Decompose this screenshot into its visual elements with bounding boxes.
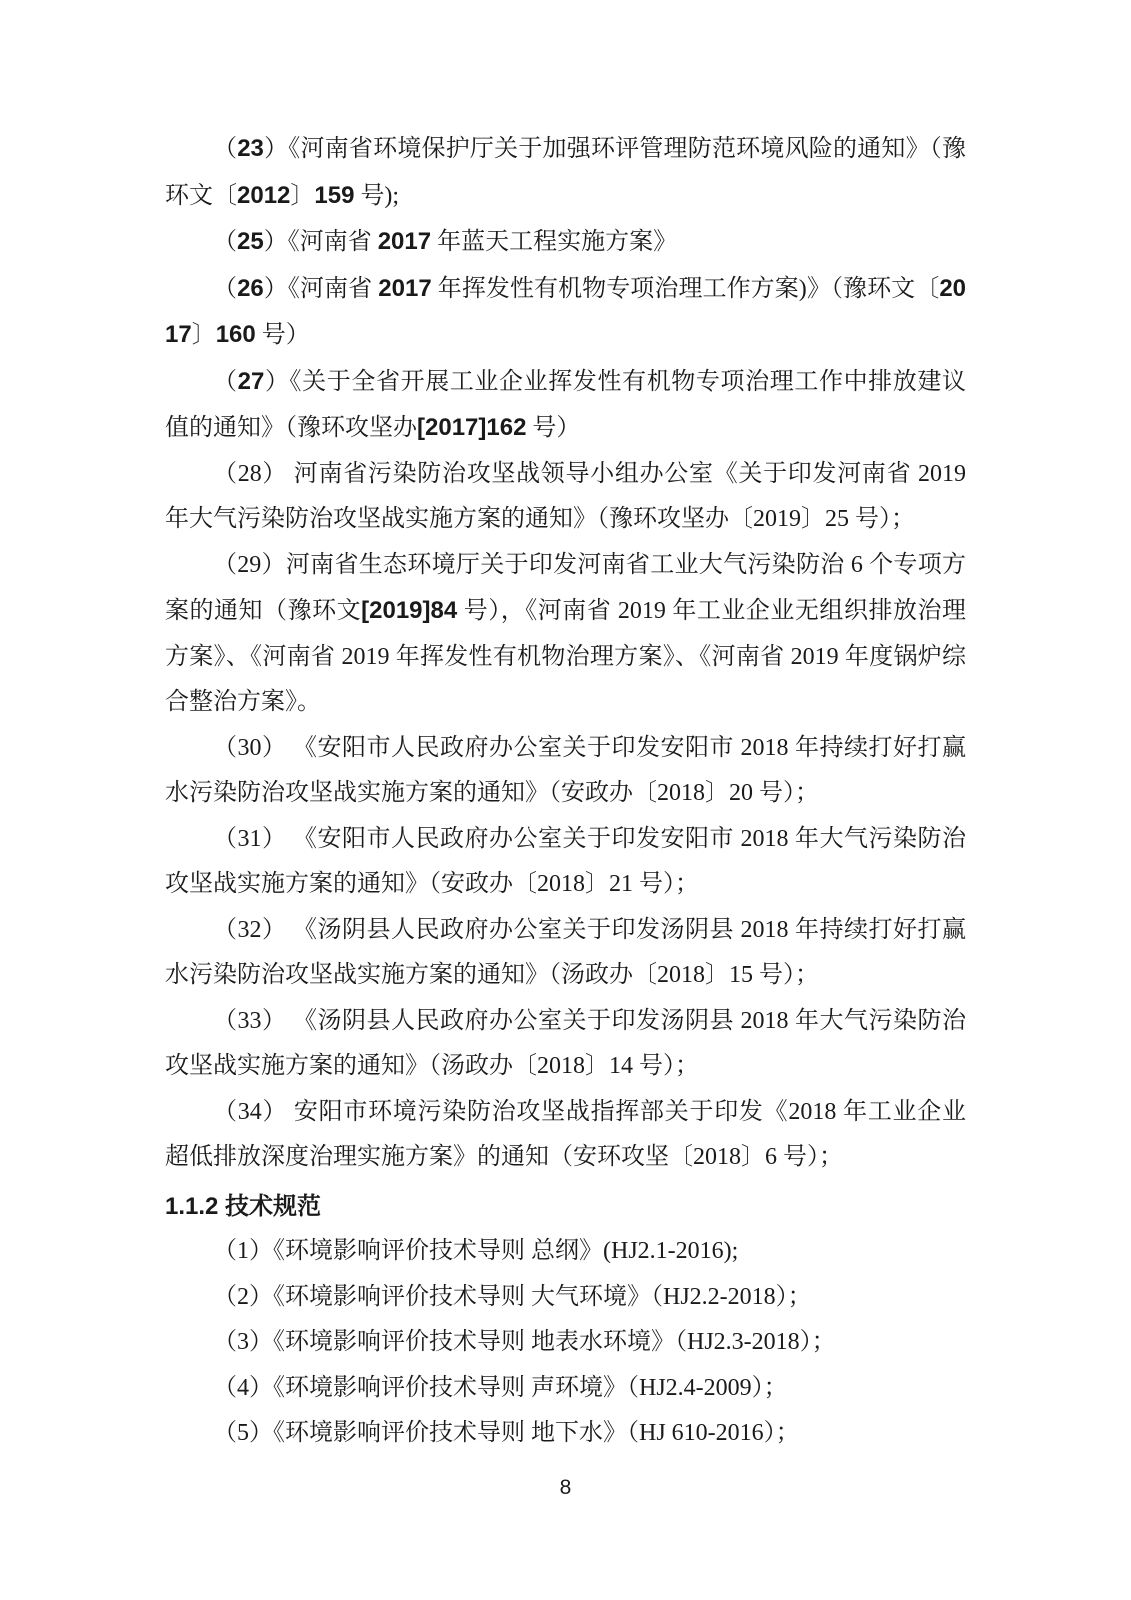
body-paragraph: （29）河南省生态环境厅关于印发河南省工业大气污染防治 6 个专项方案的通知（豫… [165,543,966,726]
text-run: （33） 《汤阴县人民政府办公室关于印发汤阴县 2018 年大气污染防治攻坚战实… [165,1008,966,1080]
text-run: （32） 《汤阴县人民政府办公室关于印发汤阴县 2018 年持续打好打赢水污染防… [165,917,966,989]
page-footer: 8 [0,1476,1131,1500]
emphasized-number-run: 159 [314,182,354,209]
body-paragraph: （2）《环境影响评价技术导则 大气环境》（HJ2.2-2018）； [165,1275,966,1321]
emphasized-number-run: 技术规范 [225,1193,321,1220]
body-paragraph: （28） 河南省污染防治攻坚战领导小组办公室《关于印发河南省 2019 年大气污… [165,452,966,543]
emphasized-number-run: 23 [237,135,264,162]
emphasized-number-run: 2017 [378,275,431,302]
text-run: （34） 安阳市环境污染防治攻坚战指挥部关于印发《2018 年工业企业超低排放深… [165,1099,966,1171]
text-run: （5）《环境影响评价技术导则 地下水》（HJ 610-2016）； [213,1420,800,1446]
body-paragraph: （27）《关于全省开展工业企业挥发性有机物专项治理工作中排放建议值的通知》（豫环… [165,359,966,452]
text-run: （ [213,276,237,302]
emphasized-number-run: 2017 [378,228,431,255]
body-paragraph: （1）《环境影响评价技术导则 总纲》(HJ2.1-2016); [165,1229,966,1275]
text-run: （28） 河南省污染防治攻坚战领导小组办公室《关于印发河南省 2019 年大气污… [165,461,966,533]
body-paragraph: （34） 安阳市环境污染防治攻坚战指挥部关于印发《2018 年工业企业超低排放深… [165,1090,966,1181]
document-body: （23）《河南省环境保护厅关于加强环评管理防范环境风险的通知》（豫环文〔2012… [165,126,966,1457]
text-run: （ [213,369,238,395]
emphasized-number-run: 26 [237,275,264,302]
body-paragraph: （33） 《汤阴县人民政府办公室关于印发汤阴县 2018 年大气污染防治攻坚战实… [165,999,966,1090]
text-run: 号); [354,183,399,209]
text-run: 〕 [290,183,314,209]
body-paragraph: （25）《河南省 2017 年蓝天工程实施方案》 [165,219,966,266]
text-run: （1）《环境影响评价技术导则 总纲》(HJ2.1-2016); [213,1238,738,1264]
text-run: （3）《环境影响评价技术导则 地表水环境》（HJ2.3-2018）； [213,1329,836,1355]
text-run: 年蓝天工程实施方案》 [431,229,677,255]
body-paragraph: （32） 《汤阴县人民政府办公室关于印发汤阴县 2018 年持续打好打赢水污染防… [165,908,966,999]
text-run: （4）《环境影响评价技术导则 声环境》（HJ2.4-2009）； [213,1375,788,1401]
text-run: （2）《环境影响评价技术导则 大气环境》（HJ2.2-2018）； [213,1284,812,1310]
text-run: 号） [526,415,580,441]
emphasized-number-run: 160 [216,321,256,348]
text-run: 〕 [192,322,216,348]
text-run: （ [213,229,237,255]
section-heading: 1.1.2 技术规范 [165,1184,966,1230]
body-paragraph: （4）《环境影响评价技术导则 声环境》（HJ2.4-2009）； [165,1366,966,1412]
text-run: （30） 《安阳市人民政府办公室关于印发安阳市 2018 年持续打好打赢水污染防… [165,735,966,807]
emphasized-number-run: 2012 [237,182,290,209]
emphasized-number-run: [2017]162 [417,414,526,441]
emphasized-number-run: 25 [237,228,264,255]
page-number: 8 [560,1476,572,1499]
text-run: 年挥发性有机物专项治理工作方案)》（豫环文〔 [432,276,940,302]
text-run: （ [213,136,237,162]
emphasized-number-run: 1.1.2 [165,1193,225,1220]
text-run: （31） 《安阳市人民政府办公室关于印发安阳市 2018 年大气污染防治攻坚战实… [165,826,966,898]
body-paragraph: （5）《环境影响评价技术导则 地下水》（HJ 610-2016）； [165,1411,966,1457]
body-paragraph: （26）《河南省 2017 年挥发性有机物专项治理工作方案)》（豫环文〔2017… [165,266,966,359]
body-paragraph: （23）《河南省环境保护厅关于加强环评管理防范环境风险的通知》（豫环文〔2012… [165,126,966,219]
text-run: ）《河南省 [264,229,378,255]
body-paragraph: （3）《环境影响评价技术导则 地表水环境》（HJ2.3-2018）； [165,1320,966,1366]
emphasized-number-run: [2019]84 [361,597,457,624]
document-page: （23）《河南省环境保护厅关于加强环评管理防范环境风险的通知》（豫环文〔2012… [0,0,1131,1600]
body-paragraph: （30） 《安阳市人民政府办公室关于印发安阳市 2018 年持续打好打赢水污染防… [165,726,966,817]
text-run: ）《河南省 [264,276,379,302]
body-paragraph: （31） 《安阳市人民政府办公室关于印发安阳市 2018 年大气污染防治攻坚战实… [165,817,966,908]
emphasized-number-run: 27 [238,368,265,395]
text-run: 号） [256,322,310,348]
